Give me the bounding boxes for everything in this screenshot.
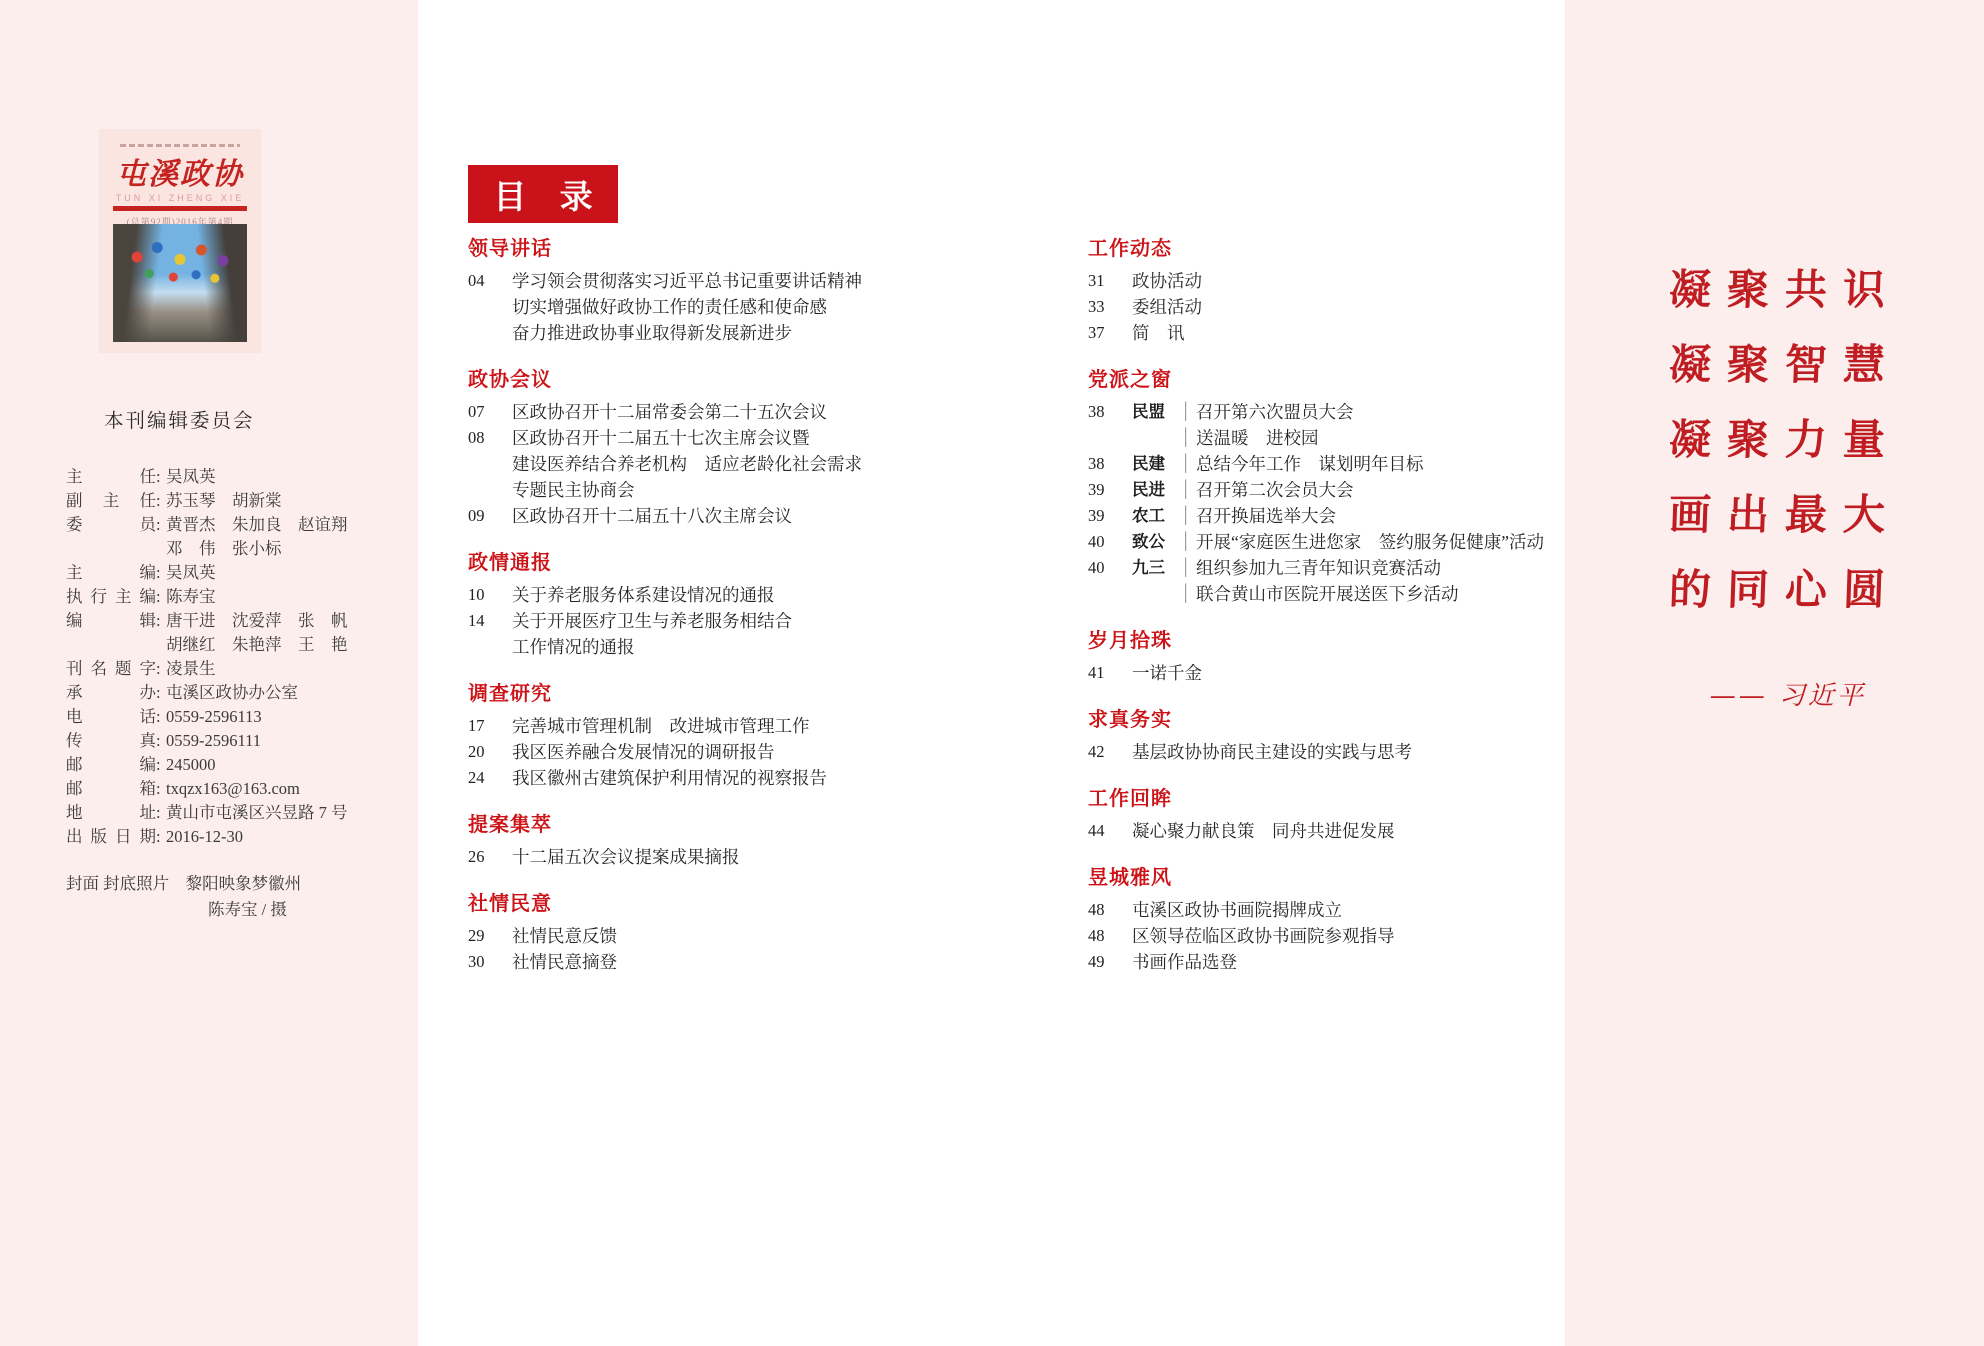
toc-right-column: 工作动态31政协活动33委组活动37简 讯党派之窗38民盟│召开第六次盟员大会│…	[1088, 236, 1568, 996]
quote-line: 画出最大	[1621, 477, 1934, 552]
committee-row-separator: :	[156, 801, 166, 825]
toc-entry-line: 09区政协召开十二届五十八次主席会议	[468, 503, 1068, 529]
toc-entry-line: 33委组活动	[1088, 294, 1568, 320]
toc-entry-title: 委组活动	[1132, 294, 1568, 320]
toc-section: 工作动态31政协活动33委组活动37简 讯	[1088, 236, 1568, 346]
toc-entry-title: 切实增强做好政协工作的责任感和使命感	[512, 294, 1068, 320]
toc-entry-title: 开展“家庭医生进您家 签约服务促健康”活动	[1196, 529, 1568, 555]
committee-row-continuation: 胡继红 朱艳萍 王 艳	[166, 633, 366, 657]
toc-entry-line: 41一诺千金	[1088, 660, 1568, 686]
committee-row-label: 传真	[66, 729, 156, 753]
toc-section: 昱城雅风48屯溪区政协书画院揭牌成立48区领导莅临区政协书画院参观指导49书画作…	[1088, 865, 1568, 975]
toc-page-number: 07	[468, 399, 512, 425]
toc-entry-title: 简 讯	[1132, 320, 1568, 346]
toc-entry-line: │联合黄山市医院开展送医下乡活动	[1088, 581, 1568, 607]
committee-row-label: 邮箱	[66, 777, 156, 801]
toc-entry-line: 10关于养老服务体系建设情况的通报	[468, 582, 1068, 608]
toc-page-number: 09	[468, 503, 512, 529]
toc-page-number	[468, 477, 512, 503]
toc-page-number: 44	[1088, 818, 1132, 844]
toc-entry-line: 04学习领会贯彻落实习近平总书记重要讲话精神	[468, 268, 1068, 294]
toc-entry-title: 送温暖 进校园	[1196, 425, 1568, 451]
committee-row-value: 黄山市屯溪区兴昱路 7 号	[166, 803, 348, 822]
toc-section-title: 领导讲话	[468, 236, 1068, 262]
toc-entry-line: 建设医养结合养老机构 适应老龄化社会需求	[468, 451, 1068, 477]
toc-section-title: 工作动态	[1088, 236, 1568, 262]
toc-section-title: 工作回眸	[1088, 786, 1568, 812]
toc-entry-title: 关于开展医疗卫生与养老服务相结合	[512, 608, 1068, 634]
toc-page-number: 24	[468, 765, 512, 791]
editorial-committee: 本刊编辑委员会 主任:吴凤英副主任:苏玉琴 胡新棠委员:黄晋杰 朱加良 赵谊翔邓…	[66, 405, 366, 923]
toc-party-divider: │	[1180, 529, 1196, 555]
committee-row-continuation: 邓 伟 张小标	[166, 537, 366, 561]
committee-row-value: txqzx163@163.com	[166, 779, 300, 798]
committee-row: 电话:0559-2596113	[66, 705, 366, 729]
toc-entry-line: 30社情民意摘登	[468, 949, 1068, 975]
committee-row-separator: :	[156, 609, 166, 633]
toc-section: 社情民意29社情民意反馈30社情民意摘登	[468, 891, 1068, 975]
toc-page-number: 29	[468, 923, 512, 949]
committee-row-value: 陈寿宝	[166, 587, 216, 606]
toc-page-number	[468, 451, 512, 477]
committee-row: 邮编:245000	[66, 753, 366, 777]
toc-section: 政情通报10关于养老服务体系建设情况的通报14关于开展医疗卫生与养老服务相结合工…	[468, 550, 1068, 660]
committee-row-label: 电话	[66, 705, 156, 729]
toc-section-title: 社情民意	[468, 891, 1068, 917]
toc-page-number: 40	[1088, 529, 1132, 555]
toc-entry-title: 学习领会贯彻落实习近平总书记重要讲话精神	[512, 268, 1068, 294]
committee-row: 执行主编:陈寿宝	[66, 585, 366, 609]
toc-page-number: 48	[1088, 923, 1132, 949]
toc-entry-line: 工作情况的通报	[468, 634, 1068, 660]
toc-party-name	[1132, 425, 1180, 451]
toc-entry-line: 14关于开展医疗卫生与养老服务相结合	[468, 608, 1068, 634]
toc-entry-title: 十二届五次会议提案成果摘报	[512, 844, 1068, 870]
toc-section: 政协会议07区政协召开十二届常委会第二十五次会议08区政协召开十二届五十七次主席…	[468, 367, 1068, 529]
quote-panel: 凝聚共识 凝聚智慧 凝聚力量 画出最大 的同心圆 —— 习近平	[1622, 252, 1932, 712]
toc-entry-line: 42基层政协协商民主建设的实践与思考	[1088, 739, 1568, 765]
toc-page-number: 39	[1088, 503, 1132, 529]
toc-page-number	[468, 320, 512, 346]
committee-row: 编辑:唐干进 沈爱萍 张 帆	[66, 609, 366, 633]
toc-party-name: 农工	[1132, 503, 1180, 529]
committee-row-value: 吴凤英	[166, 563, 216, 582]
committee-row-separator: :	[156, 729, 166, 753]
toc-section: 调查研究17完善城市管理机制 改进城市管理工作20我区医养融合发展情况的调研报告…	[468, 681, 1068, 791]
toc-page-number	[1088, 425, 1132, 451]
toc-entry-title: 一诺千金	[1132, 660, 1568, 686]
committee-row-separator: :	[156, 489, 166, 513]
committee-row-value: 吴凤英	[166, 467, 216, 486]
toc-entry-title: 工作情况的通报	[512, 634, 1068, 660]
committee-row: 委员:黄晋杰 朱加良 赵谊翔	[66, 513, 366, 537]
toc-page-number: 49	[1088, 949, 1132, 975]
toc-entry-line: 48区领导莅临区政协书画院参观指导	[1088, 923, 1568, 949]
toc-entry-line: 38民建│总结今年工作 谋划明年目标	[1088, 451, 1568, 477]
toc-page-number	[468, 294, 512, 320]
committee-row-label: 委员	[66, 513, 156, 537]
toc-entry-line: 07区政协召开十二届常委会第二十五次会议	[468, 399, 1068, 425]
committee-row-separator: :	[156, 465, 166, 489]
toc-entry-line: 31政协活动	[1088, 268, 1568, 294]
committee-row-value: 凌景生	[166, 659, 216, 678]
toc-entry-title: 区政协召开十二届五十七次主席会议暨	[512, 425, 1068, 451]
toc-party-divider: │	[1180, 477, 1196, 503]
committee-row: 副主任:苏玉琴 胡新棠	[66, 489, 366, 513]
toc-party-name: 九三	[1132, 555, 1180, 581]
committee-rows: 主任:吴凤英副主任:苏玉琴 胡新棠委员:黄晋杰 朱加良 赵谊翔邓 伟 张小标主编…	[66, 465, 366, 849]
toc-entry-line: 49书画作品选登	[1088, 949, 1568, 975]
toc-entry-title: 我区医养融合发展情况的调研报告	[512, 739, 1068, 765]
toc-entry-line: 37简 讯	[1088, 320, 1568, 346]
committee-row: 主编:吴凤英	[66, 561, 366, 585]
committee-row-label: 执行主编	[66, 585, 156, 609]
toc-section-title: 政情通报	[468, 550, 1068, 576]
toc-entry-line: 24我区徽州古建筑保护利用情况的视察报告	[468, 765, 1068, 791]
toc-page-number: 04	[468, 268, 512, 294]
toc-entry-title: 社情民意反馈	[512, 923, 1068, 949]
toc-entry-line: 38民盟│召开第六次盟员大会	[1088, 399, 1568, 425]
committee-row-separator: :	[156, 681, 166, 705]
toc-entry-line: 48屯溪区政协书画院揭牌成立	[1088, 897, 1568, 923]
toc-page-number: 30	[468, 949, 512, 975]
toc-entry-title: 区政协召开十二届常委会第二十五次会议	[512, 399, 1068, 425]
toc-entry-line: 17完善城市管理机制 改进城市管理工作	[468, 713, 1068, 739]
committee-row-label: 地址	[66, 801, 156, 825]
committee-row-separator: :	[156, 657, 166, 681]
quote-line: 的同心圆	[1621, 552, 1934, 627]
committee-row-value: 0559-2596113	[166, 707, 262, 726]
toc-entry-title: 召开换届选举大会	[1196, 503, 1568, 529]
committee-row-value: 苏玉琴 胡新棠	[166, 491, 282, 510]
toc-entry-line: 40九三│组织参加九三青年知识竞赛活动	[1088, 555, 1568, 581]
toc-page-number	[1088, 581, 1132, 607]
toc-entry-title: 奋力推进政协事业取得新发展新进步	[512, 320, 1068, 346]
toc-page-number: 48	[1088, 897, 1132, 923]
toc-entry-line: 08区政协召开十二届五十七次主席会议暨	[468, 425, 1068, 451]
toc-section-title: 党派之窗	[1088, 367, 1568, 393]
toc-entry-line: 26十二届五次会议提案成果摘报	[468, 844, 1068, 870]
toc-page-number: 37	[1088, 320, 1132, 346]
cover-street-photo	[113, 224, 247, 342]
toc-page-number: 17	[468, 713, 512, 739]
committee-row: 邮箱:txqzx163@163.com	[66, 777, 366, 801]
quote-line: 凝聚力量	[1621, 402, 1934, 477]
toc-section: 工作回眸44凝心聚力献良策 同舟共进促发展	[1088, 786, 1568, 844]
toc-section: 提案集萃26十二届五次会议提案成果摘报	[468, 812, 1068, 870]
toc-entry-line: │送温暖 进校园	[1088, 425, 1568, 451]
toc-entry-title: 关于养老服务体系建设情况的通报	[512, 582, 1068, 608]
committee-row-separator: :	[156, 561, 166, 585]
toc-page-number: 14	[468, 608, 512, 634]
toc-entry-line: 39农工│召开换届选举大会	[1088, 503, 1568, 529]
toc-page-number: 33	[1088, 294, 1132, 320]
toc-party-divider: │	[1180, 451, 1196, 477]
toc-section-title: 昱城雅风	[1088, 865, 1568, 891]
toc-entry-line: 44凝心聚力献良策 同舟共进促发展	[1088, 818, 1568, 844]
toc-entry-title: 联合黄山市医院开展送医下乡活动	[1196, 581, 1568, 607]
toc-section: 领导讲话04学习领会贯彻落实习近平总书记重要讲话精神切实增强做好政协工作的责任感…	[468, 236, 1068, 346]
toc-party-name	[1132, 581, 1180, 607]
toc-entry-title: 专题民主协商会	[512, 477, 1068, 503]
toc-entry-title: 召开第二次会员大会	[1196, 477, 1568, 503]
toc-entry-title: 屯溪区政协书画院揭牌成立	[1132, 897, 1568, 923]
toc-party-name: 民建	[1132, 451, 1180, 477]
toc-entry-title: 召开第六次盟员大会	[1196, 399, 1568, 425]
magazine-cover: 屯溪政协 TUN XI ZHENG XIE (总第92期)2016年第4期	[100, 130, 260, 352]
toc-section: 党派之窗38民盟│召开第六次盟员大会│送温暖 进校园38民建│总结今年工作 谋划…	[1088, 367, 1568, 607]
toc-party-divider: │	[1180, 503, 1196, 529]
committee-row-label: 主任	[66, 465, 156, 489]
toc-entry-line: 39民进│召开第二次会员大会	[1088, 477, 1568, 503]
toc-page-number: 40	[1088, 555, 1132, 581]
committee-row: 刊名题字:凌景生	[66, 657, 366, 681]
cover-pinyin-subtitle: TUN XI ZHENG XIE	[100, 193, 260, 203]
committee-row-label: 编辑	[66, 609, 156, 633]
committee-row-label: 邮编	[66, 753, 156, 777]
toc-party-divider: │	[1180, 425, 1196, 451]
toc-entry-title: 组织参加九三青年知识竞赛活动	[1196, 555, 1568, 581]
toc-party-divider: │	[1180, 399, 1196, 425]
toc-entry-title: 区政协召开十二届五十八次主席会议	[512, 503, 1068, 529]
toc-party-name: 民进	[1132, 477, 1180, 503]
committee-row-separator: :	[156, 777, 166, 801]
toc-section: 求真务实42基层政协协商民主建设的实践与思考	[1088, 707, 1568, 765]
toc-party-divider: │	[1180, 581, 1196, 607]
photo-credit-line: 封面 封底照片 黎阳映象梦徽州	[66, 871, 366, 897]
toc-page-number: 41	[1088, 660, 1132, 686]
photo-credit-photographer: 陈寿宝 / 摄	[208, 897, 366, 923]
quote-attribution: —— 习近平	[1622, 675, 1932, 712]
toc-entry-title: 基层政协协商民主建设的实践与思考	[1132, 739, 1568, 765]
committee-row-separator: :	[156, 705, 166, 729]
toc-entry-line: 40致公│开展“家庭医生进您家 签约服务促健康”活动	[1088, 529, 1568, 555]
quote-line: 凝聚智慧	[1621, 327, 1934, 402]
toc-page-number: 38	[1088, 399, 1132, 425]
toc-page-number: 39	[1088, 477, 1132, 503]
toc-section-title: 求真务实	[1088, 707, 1568, 733]
toc-party-name: 民盟	[1132, 399, 1180, 425]
toc-section-title: 提案集萃	[468, 812, 1068, 838]
committee-row-value: 0559-2596111	[166, 731, 261, 750]
committee-row-value: 唐干进 沈爱萍 张 帆	[166, 611, 348, 630]
toc-page-number: 20	[468, 739, 512, 765]
committee-row-value: 245000	[166, 755, 216, 774]
toc-page-number: 38	[1088, 451, 1132, 477]
committee-row-value: 黄晋杰 朱加良 赵谊翔	[166, 515, 348, 534]
magazine-toc-page: { "colors":{"panel_pink":"#fceeec","acce…	[0, 0, 1984, 1346]
toc-page-number: 42	[1088, 739, 1132, 765]
toc-entry-title: 建设医养结合养老机构 适应老龄化社会需求	[512, 451, 1068, 477]
toc-entry-title: 我区徽州古建筑保护利用情况的视察报告	[512, 765, 1068, 791]
cover-red-bar	[113, 206, 247, 211]
committee-row-label: 刊名题字	[66, 657, 156, 681]
committee-row: 承办:屯溪区政协办公室	[66, 681, 366, 705]
toc-entry-line: 奋力推进政协事业取得新发展新进步	[468, 320, 1068, 346]
cover-tagline-decoration	[120, 144, 240, 147]
toc-page-number: 10	[468, 582, 512, 608]
committee-row-separator: :	[156, 585, 166, 609]
toc-entry-title: 区领导莅临区政协书画院参观指导	[1132, 923, 1568, 949]
toc-title-box: 目 录	[468, 165, 618, 223]
committee-row: 传真:0559-2596111	[66, 729, 366, 753]
toc-entry-line: 29社情民意反馈	[468, 923, 1068, 949]
committee-row: 地址:黄山市屯溪区兴昱路 7 号	[66, 801, 366, 825]
quote-line: 凝聚共识	[1621, 252, 1934, 327]
toc-section: 岁月拾珠41一诺千金	[1088, 628, 1568, 686]
toc-entry-title: 社情民意摘登	[512, 949, 1068, 975]
toc-party-divider: │	[1180, 555, 1196, 581]
toc-section-title: 调查研究	[468, 681, 1068, 707]
toc-entry-title: 完善城市管理机制 改进城市管理工作	[512, 713, 1068, 739]
toc-left-column: 领导讲话04学习领会贯彻落实习近平总书记重要讲话精神切实增强做好政协工作的责任感…	[468, 236, 1068, 996]
toc-page-number: 08	[468, 425, 512, 451]
toc-entry-title: 总结今年工作 谋划明年目标	[1196, 451, 1568, 477]
toc-section-title: 岁月拾珠	[1088, 628, 1568, 654]
committee-row-separator: :	[156, 825, 166, 849]
toc-entry-title: 政协活动	[1132, 268, 1568, 294]
cover-title: 屯溪政协	[100, 159, 260, 191]
committee-row-label: 主编	[66, 561, 156, 585]
photo-credit: 封面 封底照片 黎阳映象梦徽州 陈寿宝 / 摄	[66, 871, 366, 923]
toc-entry-line: 切实增强做好政协工作的责任感和使命感	[468, 294, 1068, 320]
committee-row-value: 2016-12-30	[166, 827, 243, 846]
committee-row: 出版日期:2016-12-30	[66, 825, 366, 849]
committee-row-label: 副主任	[66, 489, 156, 513]
toc-page-number	[468, 634, 512, 660]
toc-section-title: 政协会议	[468, 367, 1068, 393]
toc-party-name: 致公	[1132, 529, 1180, 555]
toc-entry-line: 20我区医养融合发展情况的调研报告	[468, 739, 1068, 765]
committee-row-label: 承办	[66, 681, 156, 705]
toc-entry-line: 专题民主协商会	[468, 477, 1068, 503]
committee-row-label: 出版日期	[66, 825, 156, 849]
toc-page-number: 26	[468, 844, 512, 870]
toc-page-number: 31	[1088, 268, 1132, 294]
committee-row-value: 屯溪区政协办公室	[166, 683, 298, 702]
toc-entry-title: 书画作品选登	[1132, 949, 1568, 975]
committee-row-separator: :	[156, 753, 166, 777]
committee-row: 主任:吴凤英	[66, 465, 366, 489]
toc-entry-title: 凝心聚力献良策 同舟共进促发展	[1132, 818, 1568, 844]
committee-heading: 本刊编辑委员会	[104, 405, 366, 433]
committee-row-separator: :	[156, 513, 166, 537]
